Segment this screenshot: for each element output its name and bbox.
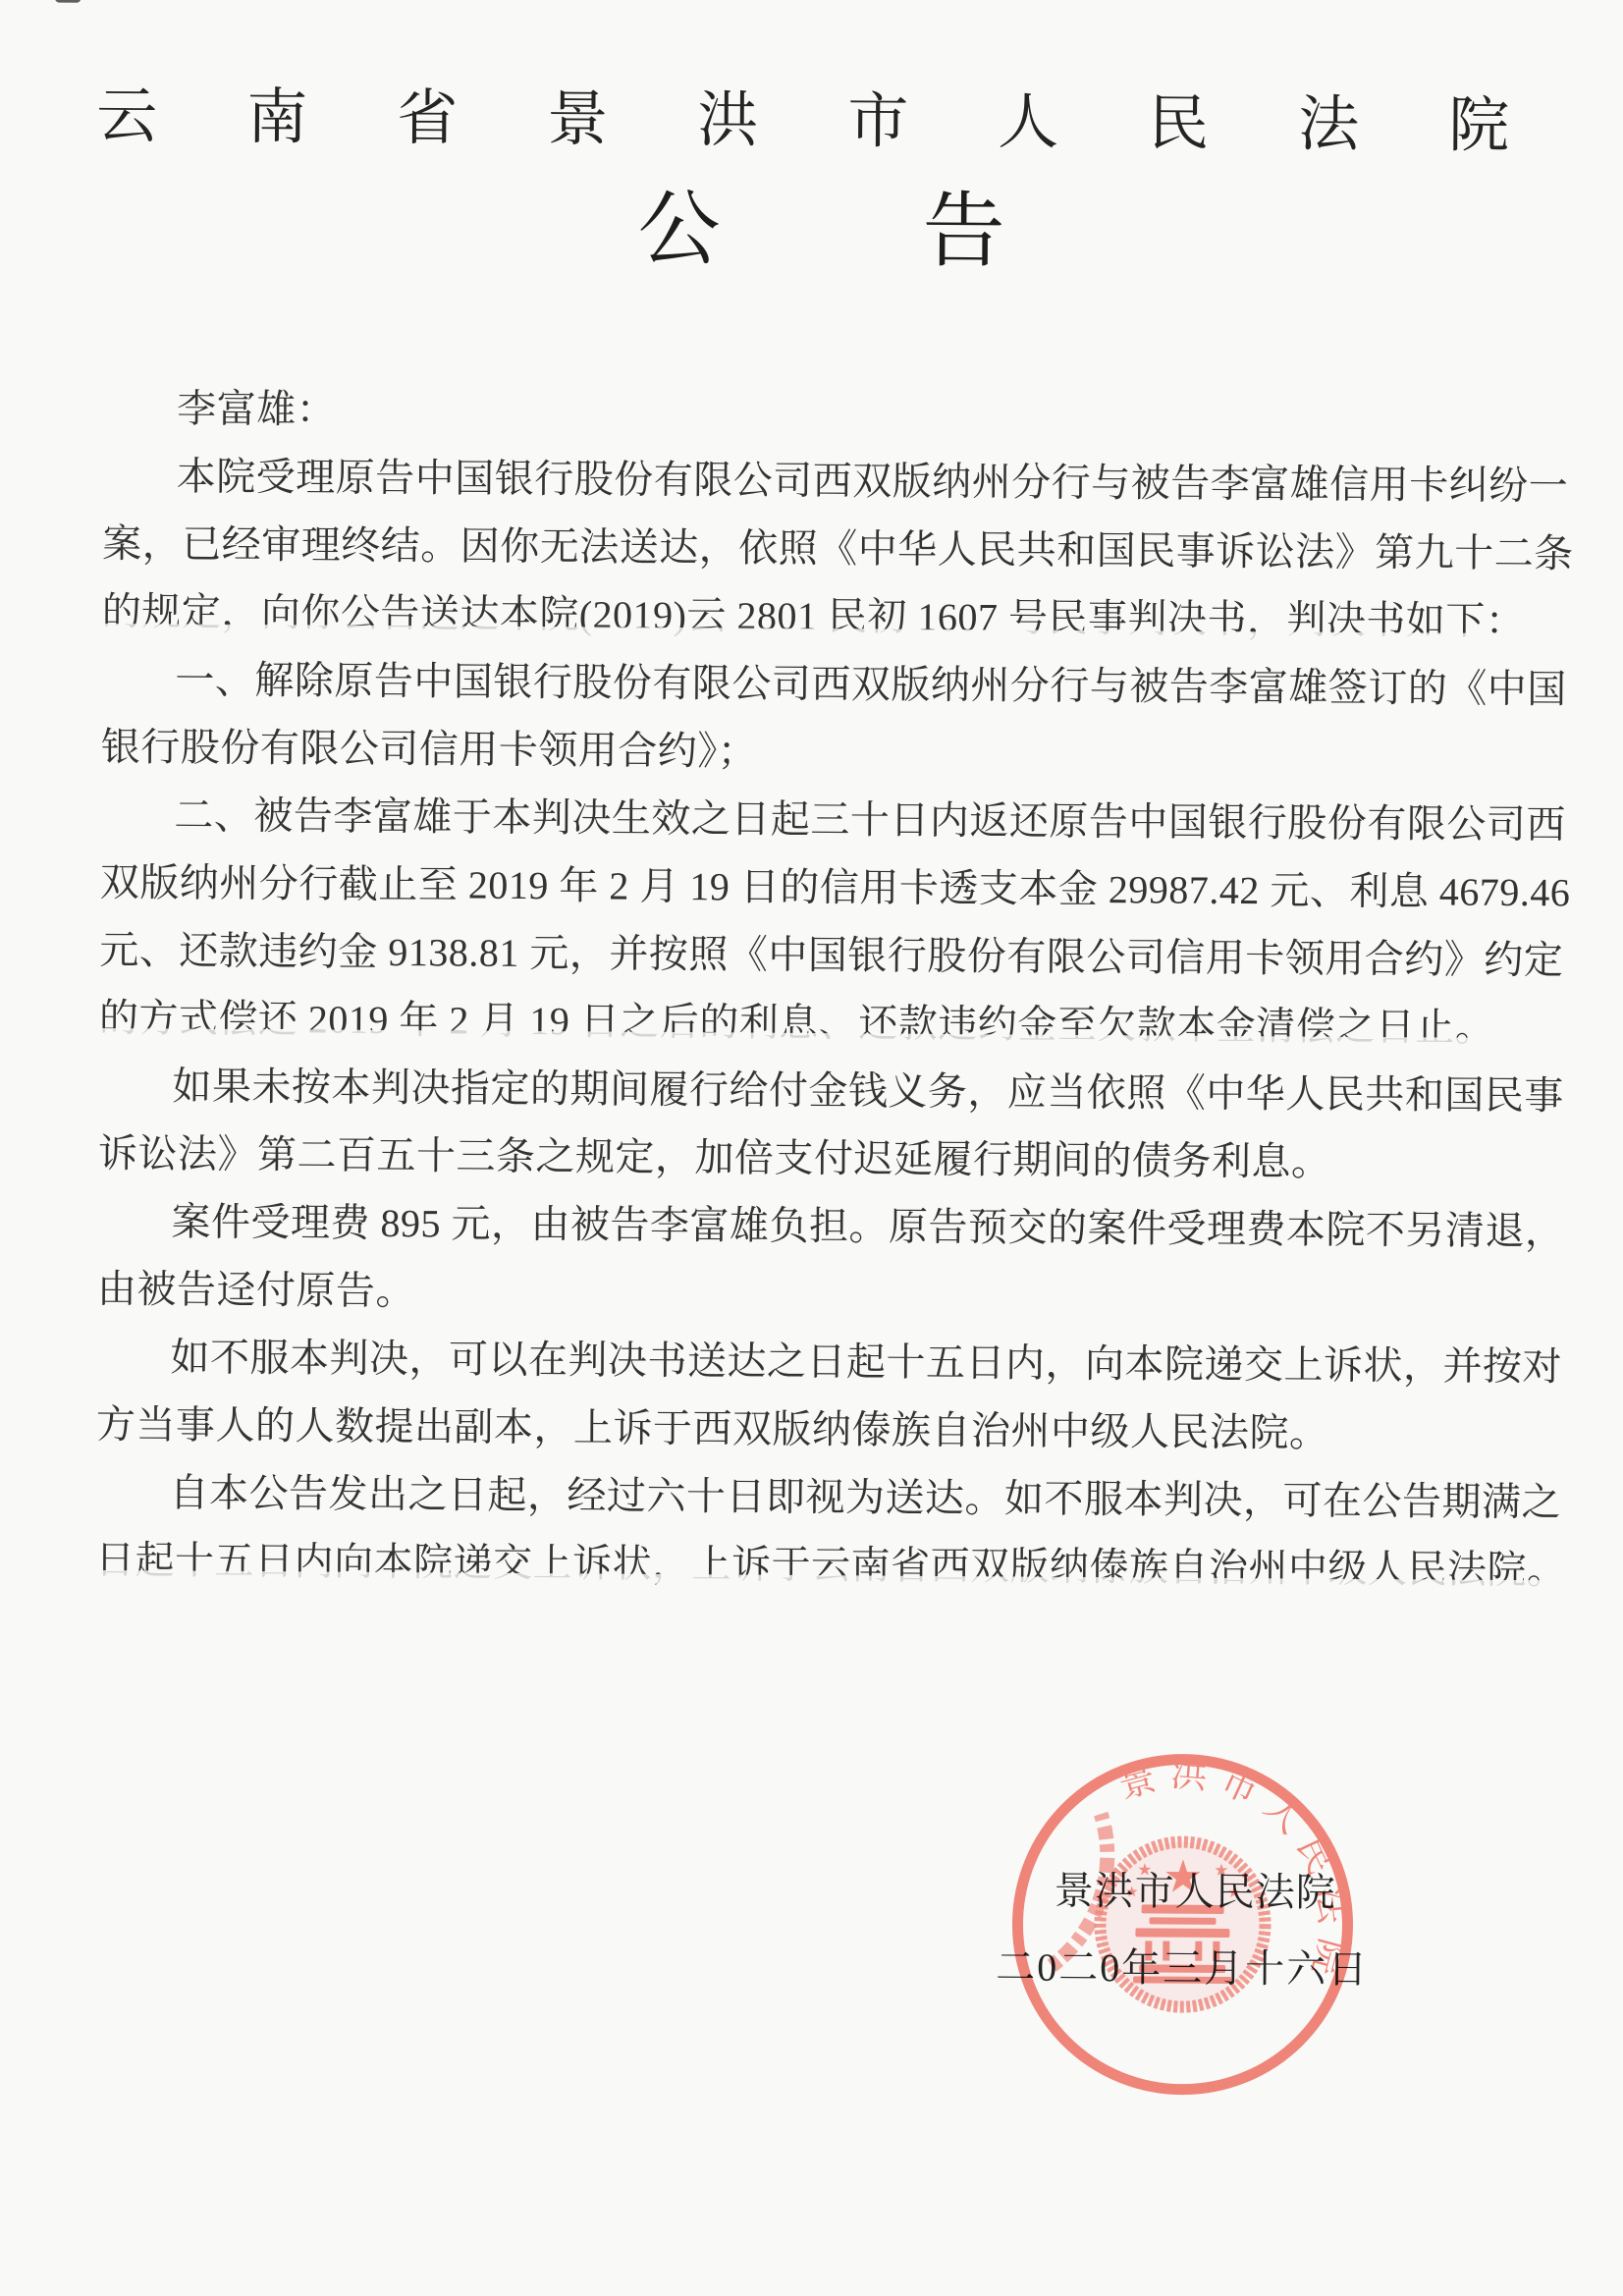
emblem-small-star-icon: ★ (1214, 1861, 1228, 1880)
emblem-small-star-icon: ★ (1227, 1886, 1241, 1901)
announcement-body: 李富雄： 本院受理原告中国银行股份有限公司西双版纳州分行与被告李富雄信用卡纠纷一… (95, 374, 1577, 1604)
body-line: 案件受理费 895 元，由被告李富雄负担。原告预交的案件受理费本院不另清退， (97, 1187, 1570, 1265)
body-line: 日起十五日内向本院递交上诉状，上诉于云南省西双版纳傣族自治州中级人民法院。 (95, 1526, 1568, 1604)
body-line: 方当事人的人数提出副本，上诉于西双版纳傣族自治州中级人民法院。 (96, 1391, 1569, 1468)
document-title: 公告 (637, 182, 1208, 284)
body-line: 双版纳州分行截止至 2019 年 2 月 19 日的信用卡透支本金 29987.… (100, 848, 1573, 926)
body-line: 诉讼法》第二百五十三条之规定，加倍支付迟延履行期间的债务利息。 (98, 1120, 1571, 1197)
body-line: 一、解除原告中国银行股份有限公司西双版纳州分行与被告李富雄签订的《中国 (101, 645, 1574, 723)
body-line: 本院受理原告中国银行股份有限公司西双版纳州分行与被告李富雄信用卡纠纷一 (103, 442, 1576, 519)
national-emblem: ★ ★ ★ ★ ★ (1100, 1841, 1266, 2007)
scan-corner-speck (55, 0, 81, 3)
body-line: 二、被告李富雄于本判决生效之日起三十日内返还原告中国银行股份有限公司西 (100, 781, 1573, 858)
body-line: 自本公告发出之日起，经过六十日即视为送达。如不服本判决，可在公告期满之 (95, 1458, 1568, 1536)
body-line: 的规定，向你公告送达本院(2019)云 2801 民初 1607 号民事判决书，… (102, 577, 1575, 655)
body-line: 元、还款违约金 9138.81 元，并按照《中国银行股份有限公司信用卡领用合约》… (99, 916, 1572, 994)
page-content: 云南省景洪市人民法院 公告 李富雄： 本院受理原告中国银行股份有限公司西双版纳州… (0, 0, 1623, 2296)
body-line: 如果未按本判决指定的期间履行给付金钱义务，应当依照《中华人民共和国民事 (98, 1052, 1571, 1129)
body-line: 案，已经审理终结。因你无法送达，依照《中华人民共和国民事诉讼法》第九十二条 (102, 510, 1575, 587)
court-name-heading: 云南省景洪市人民法院 (96, 83, 1598, 161)
official-red-seal: 景洪市人民法院 ★ ★ ★ ★ ★ (995, 1736, 1371, 2112)
body-line: 的方式偿还 2019 年 2 月 19 日之后的利息、还款违约金至欠款本金清偿之… (99, 984, 1572, 1062)
body-line: 银行股份有限公司信用卡领用合约》； (101, 713, 1574, 791)
body-line-addressee: 李富雄： (103, 374, 1576, 452)
emblem-small-star-icon: ★ (1125, 1885, 1139, 1900)
body-line: 如不服本判决，可以在判决书送达之日起十五日内，向本院递交上诉状，并按对 (96, 1323, 1569, 1400)
scanned-court-announcement-page: 云南省景洪市人民法院 公告 李富雄： 本院受理原告中国银行股份有限公司西双版纳州… (0, 0, 1623, 2296)
emblem-big-star-icon: ★ (1163, 1852, 1204, 1902)
emblem-small-star-icon: ★ (1137, 1860, 1152, 1879)
body-line: 由被告迳付原告。 (97, 1255, 1570, 1333)
